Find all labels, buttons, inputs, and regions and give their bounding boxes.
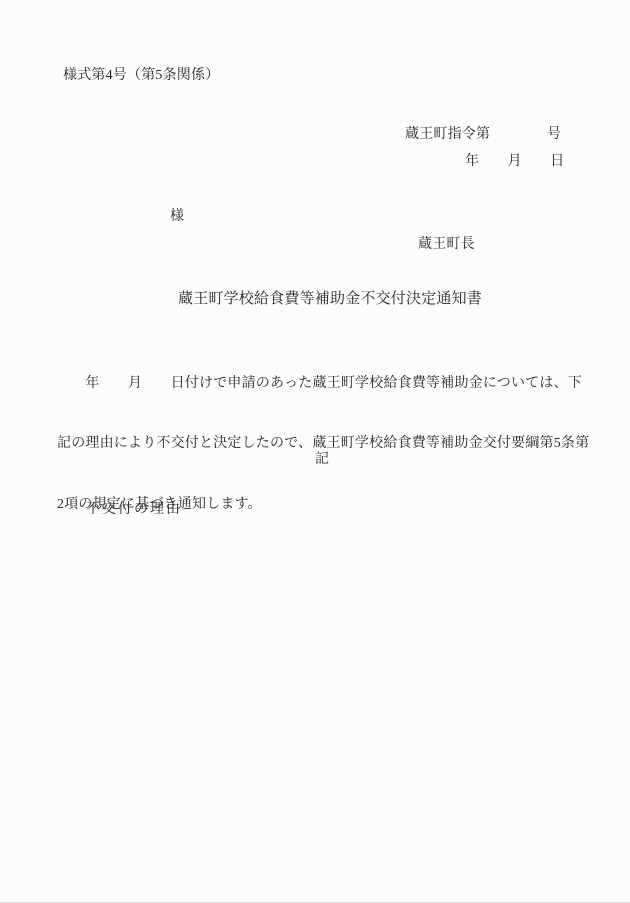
form-number-label: 様式第4号（第5条関係） — [63, 68, 219, 84]
body-paragraph-line-1: 年 月 日付けで申請のあった蔵王町学校給食費等補助金については、下 — [57, 370, 597, 398]
document-title: 蔵王町学校給食費等補助金不交付決定通知書 — [178, 291, 482, 308]
addressee-honorific: 様 — [170, 209, 184, 225]
note-mark: 記 — [315, 452, 329, 468]
sender-title: 蔵王町長 — [418, 237, 475, 253]
issue-date-line: 年 月 日 — [465, 154, 564, 170]
directive-number-line: 蔵王町指令第 号 — [405, 127, 561, 143]
body-paragraph: 年 月 日付けで申請のあった蔵王町学校給食費等補助金については、下 記の理由によ… — [57, 338, 597, 551]
document-page: 様式第4号（第5条関係） 蔵王町指令第 号 年 月 日 様 蔵王町長 蔵王町学校… — [0, 0, 630, 903]
reason-label: 不交付の理由 — [86, 502, 182, 518]
